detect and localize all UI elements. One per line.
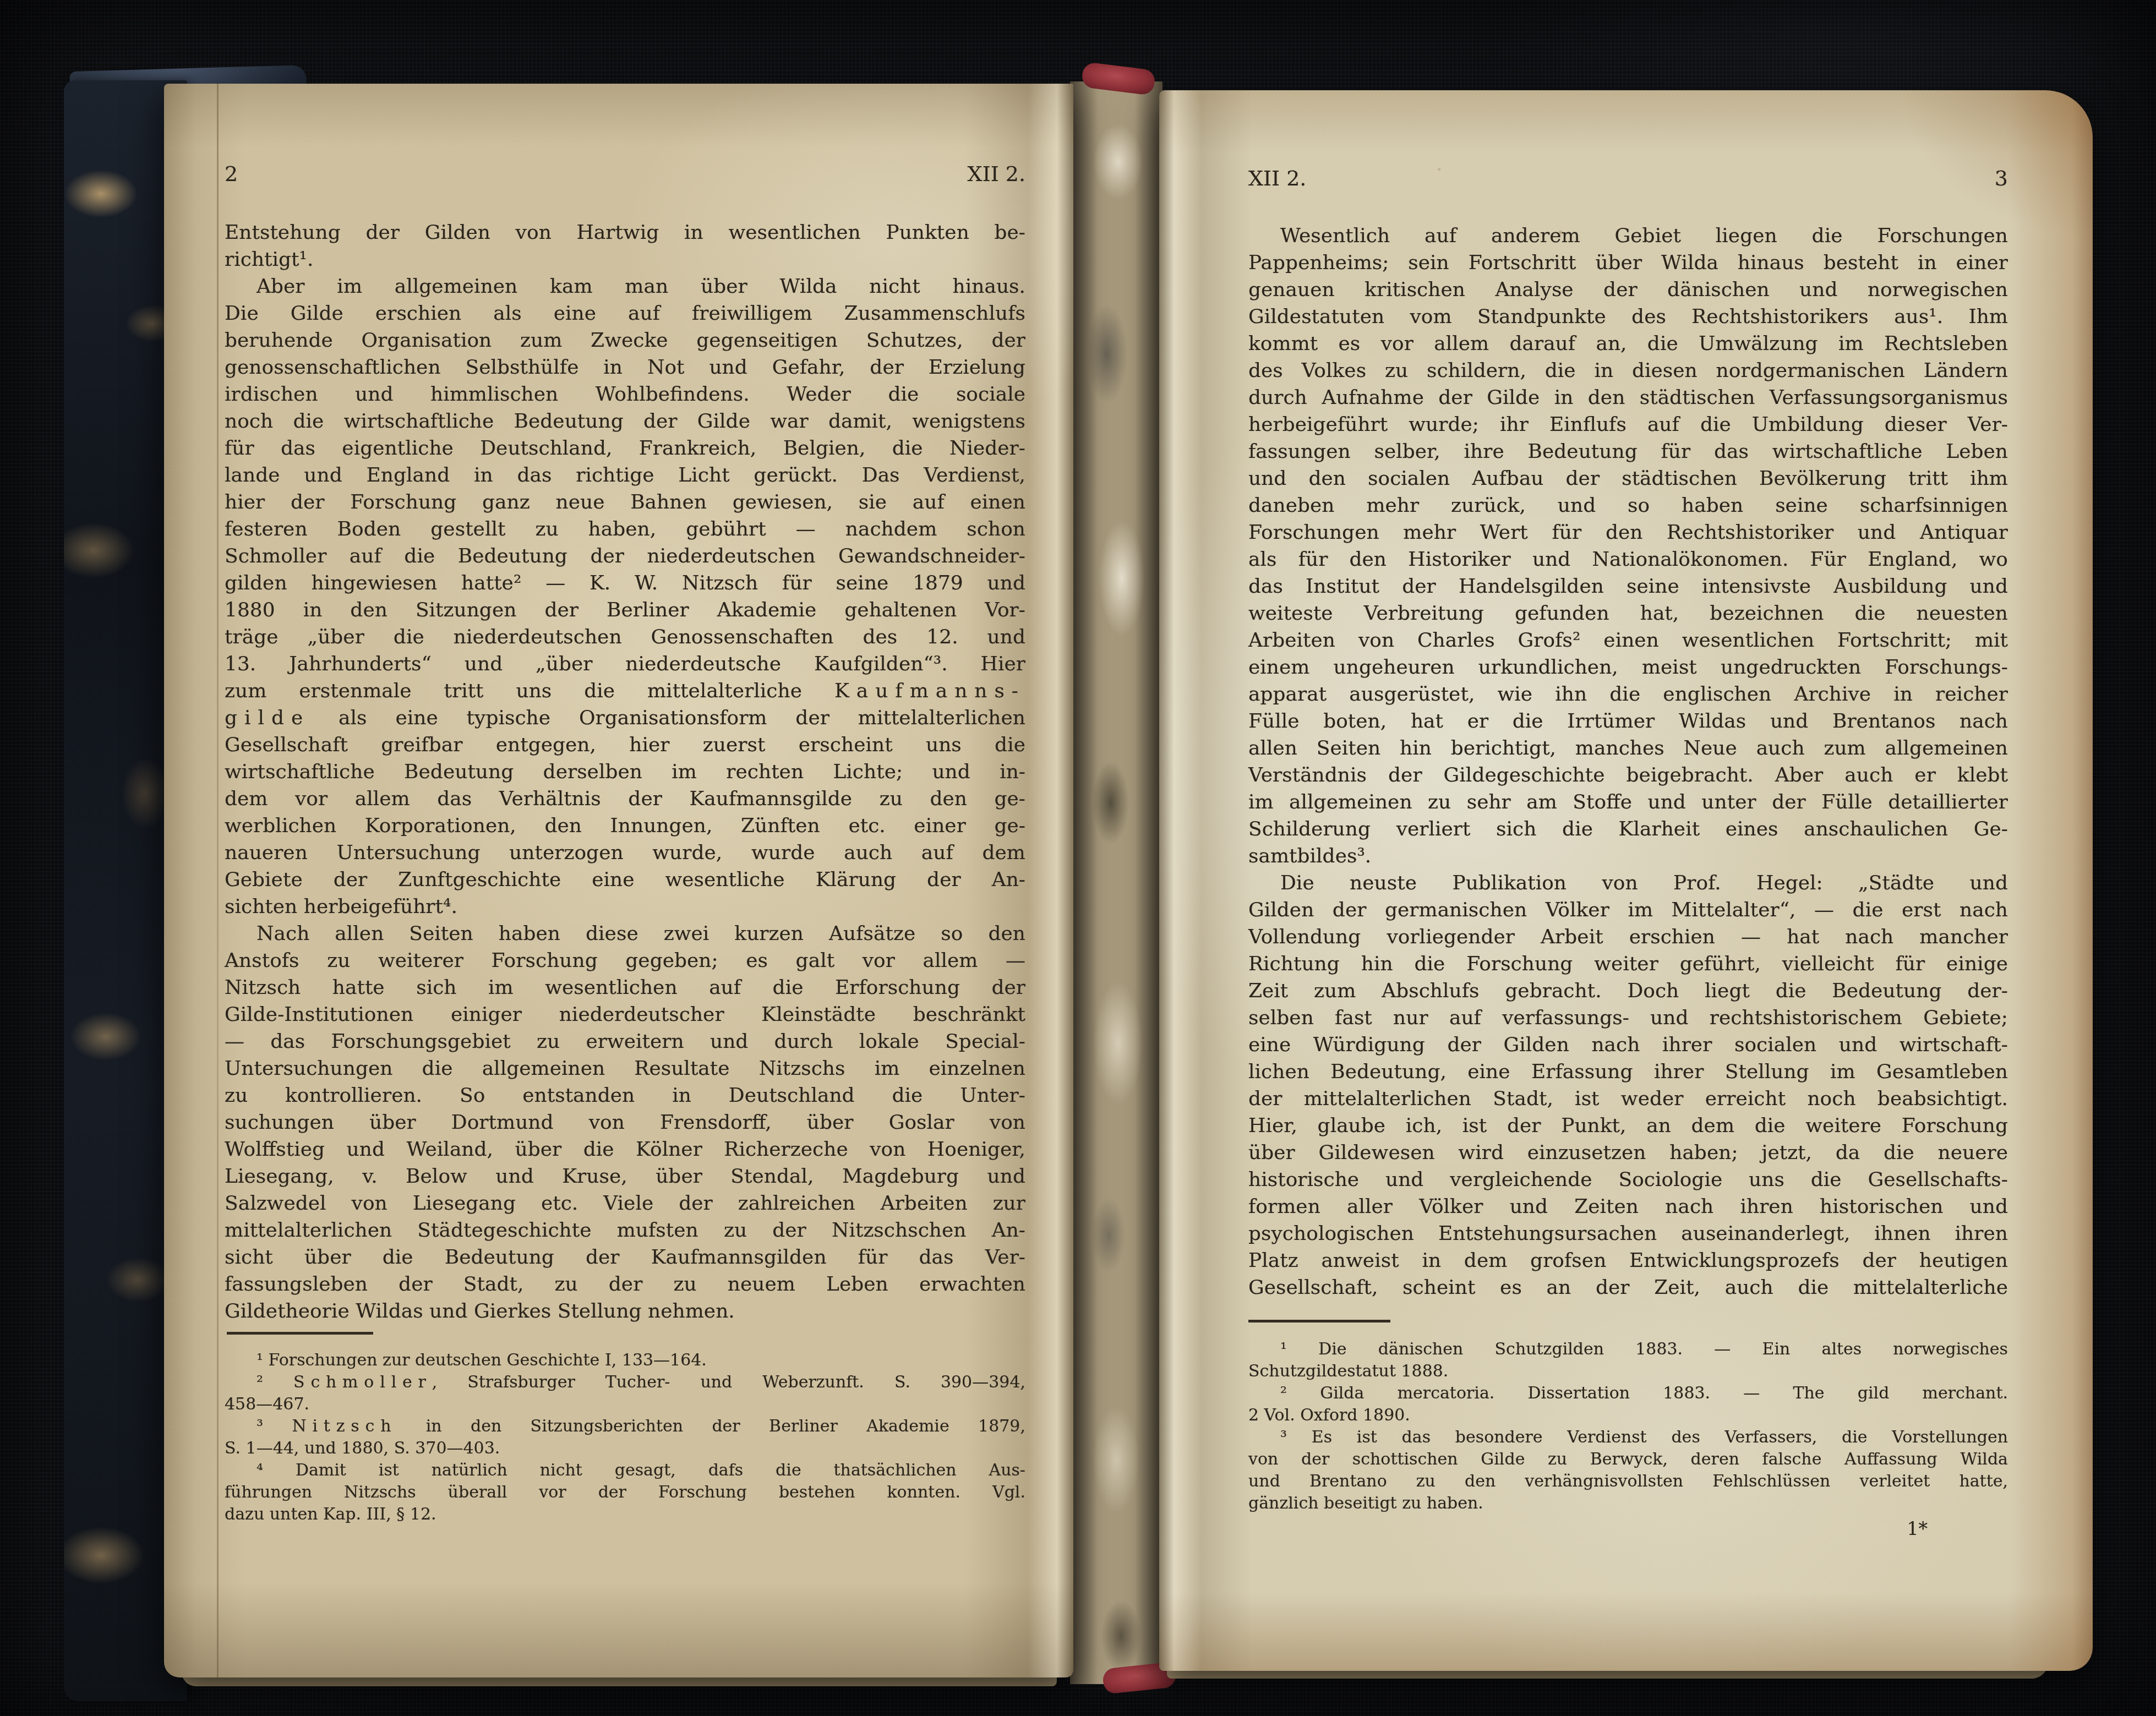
text-segment: Liesegang, v. Below und Kruse, über Sten… [225,1165,1025,1188]
left-page-footnotes: ¹ Forschungen zur deutschen Geschichte I… [225,1349,1025,1526]
text-line: mittelalterlichen Städtegeschichte mufst… [225,1217,1025,1244]
book-spine-damaged-binding [1070,81,1162,1684]
text-line: Gebiete der Zunftgeschichte eine wesentl… [225,866,1025,893]
text-segment: über Gildewesen wird einzusetzen haben; … [1248,1141,2008,1164]
text-line: festeren Boden gestellt zu haben, gebühr… [225,516,1025,543]
text-line: gilde als eine typische Organisationsfor… [225,704,1025,731]
text-segment: in den Sitzungsberichten der Berliner Ak… [397,1417,1025,1436]
text-segment: kommt es vor allem darauf an, die Umwälz… [1248,332,2008,355]
letterspaced-emphasis: Kaufmanns- [834,680,1025,702]
text-segment: Gildetheorie Wildas und Gierkes Stellung… [225,1300,735,1322]
text-line: der mittelalterlichen Stadt, ist weder e… [1248,1085,2008,1112]
text-line: und den socialen Aufbau der städtischen … [1248,465,2008,492]
text-line: werblichen Korporationen, den Innungen, … [225,812,1025,839]
text-line: lande und England in das richtige Licht … [225,462,1025,489]
text-segment: allen Seiten hin berichtigt, manches Neu… [1248,737,2008,759]
text-line: hier der Forschung ganz neue Bahnen gewi… [225,489,1025,516]
left-page-body-text: Entstehung der Gilden von Hartwig in wes… [225,219,1025,1325]
text-line: von der schottischen Gilde zu Berwyck, d… [1248,1449,2008,1471]
text-segment: als eine typische Organisationsform der … [310,707,1025,729]
text-segment: Forschungen mehr Wert für den Rechtshist… [1248,521,2008,544]
right-page-footnotes: ¹ Die dänischen Schutzgilden 1883. — Ein… [1248,1338,2008,1515]
text-line: Liesegang, v. Below und Kruse, über Sten… [225,1163,1025,1190]
text-segment: ³ Es ist das besondere Verdienst des Ver… [1280,1428,2008,1447]
text-line: weiteste Verbreitung gefunden hat, bezei… [1248,600,2008,627]
letterspaced-emphasis: gilde [225,707,310,729]
text-line: naueren Untersuchung unterzogen wurde, w… [225,839,1025,866]
text-line: sicht über die Bedeutung der Kaufmannsgi… [225,1244,1025,1271]
text-line: für das eigentliche Deutschland, Frankre… [225,435,1025,462]
text-segment: irdischen und himmlischen Wohlbefindens.… [225,383,1025,406]
text-segment: wirtschaftliche Bedeutung derselben im r… [225,761,1025,783]
text-segment: und Brentano zu den verhängnisvollsten F… [1248,1472,2008,1491]
right-page-header: XII 2. 3 [1248,165,2008,192]
text-segment: 1880 in den Sitzungen der Berliner Akade… [225,599,1025,621]
text-line: Schilderung verliert sich die Klarheit e… [1248,816,2008,843]
text-segment: Gebiete der Zunftgeschichte eine wesentl… [225,868,1025,891]
text-segment: Die Gilde erschien als eine auf freiwill… [225,302,1025,325]
text-line: daneben mehr zurück, und so haben seine … [1248,492,2008,519]
text-line: des Volkes zu schildern, die in diesen n… [1248,357,2008,384]
text-line: apparat ausgerüstet, wie ihn die englisc… [1248,681,2008,708]
text-segment: von der schottischen Gilde zu Berwyck, d… [1248,1450,2008,1469]
text-line: dem vor allem das Verhältnis der Kaufman… [225,785,1025,812]
text-line: Gildetheorie Wildas und Gierkes Stellung… [225,1298,1025,1325]
text-line: irdischen und himmlischen Wohlbefindens.… [225,381,1025,408]
text-segment: Schutzgildestatut 1888. [1248,1362,1448,1381]
text-segment: für das eigentliche Deutschland, Frankre… [225,437,1025,460]
text-line: beruhende Organisation zum Zwecke gegens… [225,327,1025,354]
text-line: gilden hingewiesen hatte² — K. W. Nitzsc… [225,570,1025,597]
text-line: Zeit zum Abschlufs gebracht. Doch liegt … [1248,977,2008,1004]
text-segment: festeren Boden gestellt zu haben, gebühr… [225,518,1025,540]
text-segment: im allgemeinen zu sehr am Stoffe und unt… [1248,791,2008,813]
text-line: durch Aufnahme der Gilde in den städtisc… [1248,384,2008,411]
text-segment: Schmoller auf die Bedeutung der niederde… [225,545,1025,567]
text-line: eine Würdigung der Gilden nach ihrer soc… [1248,1031,2008,1058]
letterspaced-emphasis: Nitzsch [292,1417,397,1436]
text-segment: Gildestatuten vom Standpunkte des Rechts… [1248,305,2008,328]
text-line: 13. Jahrhunderts“ und „über niederdeutsc… [225,651,1025,677]
text-line: fassungen selber, ihre Bedeutung für das… [1248,438,2008,465]
text-segment: hier der Forschung ganz neue Bahnen gewi… [225,491,1025,513]
text-segment: daneben mehr zurück, und so haben seine … [1248,494,2008,517]
text-segment: sichten herbeigeführt⁴. [225,895,457,918]
text-segment: genossenschaftlichen Selbsthülfe in Not … [225,356,1025,379]
text-segment: Salzwedel von Liesegang etc. Viele der z… [225,1192,1025,1215]
text-line: sichten herbeigeführt⁴. [225,893,1025,920]
text-line: ³ Nitzsch in den Sitzungsberichten der B… [225,1416,1025,1438]
text-line: Untersuchungen die allgemeinen Resultate… [225,1055,1025,1082]
text-line: 1880 in den Sitzungen der Berliner Akade… [225,597,1025,624]
text-segment: noch die wirtschaftliche Bedeutung der G… [225,410,1025,433]
text-line: herbeigeführt wurde; ihr Einflufs auf di… [1248,411,2008,438]
text-segment: dazu unten Kap. III, § 12. [225,1505,436,1524]
text-line: im allgemeinen zu sehr am Stoffe und unt… [1248,789,2008,816]
text-segment: lichen Bedeutung, eine Erfassung ihrer S… [1248,1061,2008,1083]
text-segment: Platz anweist in dem grofsen Entwicklung… [1248,1249,2008,1272]
text-segment: Verständnis der Gildegeschichte beigebra… [1248,764,2008,786]
text-line: fassungsleben der Stadt, zu der zu neuem… [225,1271,1025,1298]
text-line: historische und vergleichende Sociologie… [1248,1166,2008,1193]
text-line: noch die wirtschaftliche Bedeutung der G… [225,408,1025,435]
text-segment: als für den Historiker und Nationalökono… [1248,548,2008,571]
text-segment: Arbeiten von Charles Grofs² einen wesent… [1248,629,2008,652]
text-line: Gilde-Institutionen einiger niederdeutsc… [225,1001,1025,1028]
text-line: Verständnis der Gildegeschichte beigebra… [1248,762,2008,789]
text-segment: , Strafsburger Tucher- und Weberzunft. S… [432,1373,1025,1392]
text-segment: führungen Nitzschs überall vor der Forsc… [225,1483,1025,1502]
text-line: Die neuste Publikation von Prof. Hegel: … [1248,870,2008,897]
text-line: allen Seiten hin berichtigt, manches Neu… [1248,735,2008,762]
text-line: wirtschaftliche Bedeutung derselben im r… [225,758,1025,785]
text-segment: mittelalterlichen Städtegeschichte mufst… [225,1219,1025,1242]
text-line: Platz anweist in dem grofsen Entwicklung… [1248,1247,2008,1274]
text-line: zu kontrollieren. So entstanden in Deuts… [225,1082,1025,1109]
right-page-body-text: Wesentlich auf anderem Gebiet liegen die… [1248,222,2008,1301]
text-segment: richtigt¹. [225,248,313,271]
text-line: ² Gilda mercatoria. Dissertation 1883. —… [1248,1382,2008,1405]
text-segment: Aber im allgemeinen kam man über Wilda n… [256,275,1025,298]
text-line: suchungen über Dortmund von Frensdorff, … [225,1109,1025,1136]
text-line: Die Gilde erschien als eine auf freiwill… [225,300,1025,327]
text-segment: dem vor allem das Verhältnis der Kaufman… [225,788,1025,810]
text-line: Wesentlich auf anderem Gebiet liegen die… [1248,222,2008,249]
text-segment: Zeit zum Abschlufs gebracht. Doch liegt … [1248,980,2008,1002]
text-segment: der mittelalterlichen Stadt, ist weder e… [1248,1087,2008,1110]
text-line: kommt es vor allem darauf an, die Umwälz… [1248,330,2008,357]
left-page-number: 2 [225,161,238,187]
text-line: Arbeiten von Charles Grofs² einen wesent… [1248,627,2008,654]
text-segment: suchungen über Dortmund von Frensdorff, … [225,1111,1025,1134]
left-page-header: 2 XII 2. [225,161,1025,187]
text-line: ¹ Forschungen zur deutschen Geschichte I… [225,1349,1025,1371]
text-segment: psychologischen Entstehungsursachen ause… [1248,1222,2008,1245]
text-segment: ² Gilda mercatoria. Dissertation 1883. —… [1280,1384,2008,1403]
text-segment: fassungen selber, ihre Bedeutung für das… [1248,440,2008,463]
text-line: Salzwedel von Liesegang etc. Viele der z… [225,1190,1025,1217]
text-line: Schmoller auf die Bedeutung der niederde… [225,543,1025,570]
text-line: Hier, glaube ich, ist der Punkt, an dem … [1248,1112,2008,1139]
text-segment: einem ungeheuren urkundlichen, meist ung… [1248,656,2008,679]
text-line: Forschungen mehr Wert für den Rechtshist… [1248,519,2008,546]
text-segment: und den socialen Aufbau der städtischen … [1248,467,2008,490]
text-line: Vollendung vorliegender Arbeit erschien … [1248,923,2008,950]
text-segment: formen aller Völker und Zeiten nach ihre… [1248,1195,2008,1218]
text-segment: Hier, glaube ich, ist der Punkt, an dem … [1248,1114,2008,1137]
text-line: Gilden der germanischen Völker im Mittel… [1248,897,2008,923]
text-segment: Nach allen Seiten haben diese zwei kurze… [256,922,1025,945]
text-segment: naueren Untersuchung unterzogen wurde, w… [225,841,1025,864]
text-segment: zu kontrollieren. So entstanden in Deuts… [225,1084,1025,1107]
text-segment: Wolffstieg und Weiland, über die Kölner … [225,1138,1025,1161]
text-line: ² Schmoller, Strafsburger Tucher- und We… [225,1371,1025,1393]
text-segment: beruhende Organisation zum Zwecke gegens… [225,329,1025,352]
text-segment: lande und England in das richtige Licht … [225,464,1025,487]
text-segment: genauen kritischen Analyse der dänischen… [1248,278,2008,301]
text-segment: eine Würdigung der Gilden nach ihrer soc… [1248,1034,2008,1056]
text-line: S. 1—44, und 1880, S. 370—403. [225,1438,1025,1460]
text-segment: 13. Jahrhunderts“ und „über niederdeutsc… [225,653,1025,675]
letterspaced-emphasis: Schmoller [293,1373,432,1392]
right-page-chapter-signature: XII 2. [1248,165,1306,192]
text-line: Entstehung der Gilden von Hartwig in wes… [225,219,1025,246]
text-segment: Schilderung verliert sich die Klarheit e… [1248,818,2008,840]
text-line: Anstofs zu weiterer Forschung gegeben; e… [225,947,1025,974]
text-segment: ² [256,1373,293,1392]
text-segment: fassungsleben der Stadt, zu der zu neuem… [225,1273,1025,1296]
text-segment: Anstofs zu weiterer Forschung gegeben; e… [225,949,1025,972]
text-line: 458—467. [225,1393,1025,1416]
text-segment: werblichen Korporationen, den Innungen, … [225,815,1025,837]
text-line: Gesellschaft greifbar entgegen, hier zue… [225,731,1025,758]
text-line: Nach allen Seiten haben diese zwei kurze… [225,920,1025,947]
text-segment: das Institut der Handelsgilden seine int… [1248,575,2008,598]
text-line: ⁴ Damit ist natürlich nicht gesagt, dafs… [225,1460,1025,1482]
text-segment: 458—467. [225,1395,309,1414]
text-segment: selben fast nur auf verfassungs- und rec… [1248,1007,2008,1029]
text-segment: Richtung hin die Forschung weiter geführ… [1248,953,2008,975]
text-segment: des Volkes zu schildern, die in diesen n… [1248,359,2008,382]
text-line: richtigt¹. [225,246,1025,273]
printers-signature-mark: 1* [1248,1518,2008,1539]
text-line: genossenschaftlichen Selbsthülfe in Not … [225,354,1025,381]
text-segment: S. 1—44, und 1880, S. 370—403. [225,1439,500,1458]
text-segment: weiteste Verbreitung gefunden hat, bezei… [1248,602,2008,625]
photograph-of-open-book: 2 XII 2. Entstehung der Gilden von Hartw… [0,0,2156,1716]
text-segment: Gilde-Institutionen einiger niederdeutsc… [225,1003,1025,1026]
text-segment: Wesentlich auf anderem Gebiet liegen die… [1280,225,2008,247]
text-segment: historische und vergleichende Sociologie… [1248,1168,2008,1191]
text-line: Richtung hin die Forschung weiter geführ… [1248,950,2008,977]
text-line: formen aller Völker und Zeiten nach ihre… [1248,1193,2008,1220]
text-line: führungen Nitzschs überall vor der Forsc… [225,1482,1025,1504]
text-segment: — das Forschungsgebiet zu erweitern und … [225,1030,1025,1053]
text-segment: samtbildes³. [1248,845,1371,867]
text-line: gänzlich beseitigt zu haben. [1248,1493,2008,1515]
text-segment: Pappenheims; sein Fortschritt über Wilda… [1248,252,2008,274]
text-segment: ³ [256,1417,292,1436]
text-segment: gilden hingewiesen hatte² — K. W. Nitzsc… [225,572,1025,594]
left-page-chapter-signature: XII 2. [968,161,1025,187]
text-line: Gesellschaft, scheint es an der Zeit, au… [1248,1274,2008,1301]
text-line: samtbildes³. [1248,843,2008,870]
text-segment: ⁴ Damit ist natürlich nicht gesagt, dafs… [256,1461,1025,1480]
text-line: das Institut der Handelsgilden seine int… [1248,573,2008,600]
text-segment: Gilden der germanischen Völker im Mittel… [1248,899,2008,921]
text-line: — das Forschungsgebiet zu erweitern und … [225,1028,1025,1055]
text-segment: Gesellschaft, scheint es an der Zeit, au… [1248,1276,2008,1299]
text-line: als für den Historiker und Nationalökono… [1248,546,2008,573]
text-segment: ¹ Forschungen zur deutschen Geschichte I… [256,1351,707,1370]
text-segment: Fülle boten, hat er die Irrtümer Wildas … [1248,710,2008,733]
text-line: und Brentano zu den verhängnisvollsten F… [1248,1471,2008,1493]
text-line: Wolffstieg und Weiland, über die Kölner … [225,1136,1025,1163]
text-segment: Nitzsch hatte sich im wesentlichen auf d… [225,976,1025,999]
text-line: träge „über die niederdeutschen Genossen… [225,624,1025,651]
text-segment: Die neuste Publikation von Prof. Hegel: … [1280,872,2008,894]
text-line: genauen kritischen Analyse der dänischen… [1248,276,2008,303]
text-line: ¹ Die dänischen Schutzgilden 1883. — Ein… [1248,1338,2008,1360]
text-line: Schutzgildestatut 1888. [1248,1360,2008,1382]
left-footnote-separator [227,1332,373,1335]
text-line: selben fast nur auf verfassungs- und rec… [1248,1004,2008,1031]
text-line: 2 Vol. Oxford 1890. [1248,1405,2008,1427]
text-segment: gänzlich beseitigt zu haben. [1248,1494,1483,1513]
text-segment: 2 Vol. Oxford 1890. [1248,1406,1410,1425]
text-segment: durch Aufnahme der Gilde in den städtisc… [1248,386,2008,409]
text-segment: Untersuchungen die allgemeinen Resultate… [225,1057,1025,1080]
text-segment: ¹ Die dänischen Schutzgilden 1883. — Ein… [1280,1340,2008,1359]
text-segment: zum erstenmale tritt uns die mittelalter… [225,680,834,702]
text-line: lichen Bedeutung, eine Erfassung ihrer S… [1248,1058,2008,1085]
text-line: dazu unten Kap. III, § 12. [225,1504,1025,1526]
text-segment: herbeigeführt wurde; ihr Einflufs auf di… [1248,413,2008,436]
text-line: ³ Es ist das besondere Verdienst des Ver… [1248,1427,2008,1449]
text-line: Aber im allgemeinen kam man über Wilda n… [225,273,1025,300]
text-line: über Gildewesen wird einzusetzen haben; … [1248,1139,2008,1166]
right-footnote-separator [1248,1320,1390,1322]
text-segment: Gesellschaft greifbar entgegen, hier zue… [225,734,1025,756]
text-line: Fülle boten, hat er die Irrtümer Wildas … [1248,708,2008,735]
text-line: psychologischen Entstehungsursachen ause… [1248,1220,2008,1247]
text-segment: sicht über die Bedeutung der Kaufmannsgi… [225,1246,1025,1269]
text-line: Pappenheims; sein Fortschritt über Wilda… [1248,249,2008,276]
text-segment: träge „über die niederdeutschen Genossen… [225,626,1025,648]
text-line: einem ungeheuren urkundlichen, meist ung… [1248,654,2008,681]
text-segment: Vollendung vorliegender Arbeit erschien … [1248,926,2008,948]
right-page-number: 3 [1995,165,2008,192]
text-segment: apparat ausgerüstet, wie ihn die englisc… [1248,683,2008,706]
text-line: Nitzsch hatte sich im wesentlichen auf d… [225,974,1025,1001]
text-line: Gildestatuten vom Standpunkte des Rechts… [1248,303,2008,330]
text-line: zum erstenmale tritt uns die mittelalter… [225,677,1025,704]
text-segment: Entstehung der Gilden von Hartwig in wes… [225,221,1025,244]
